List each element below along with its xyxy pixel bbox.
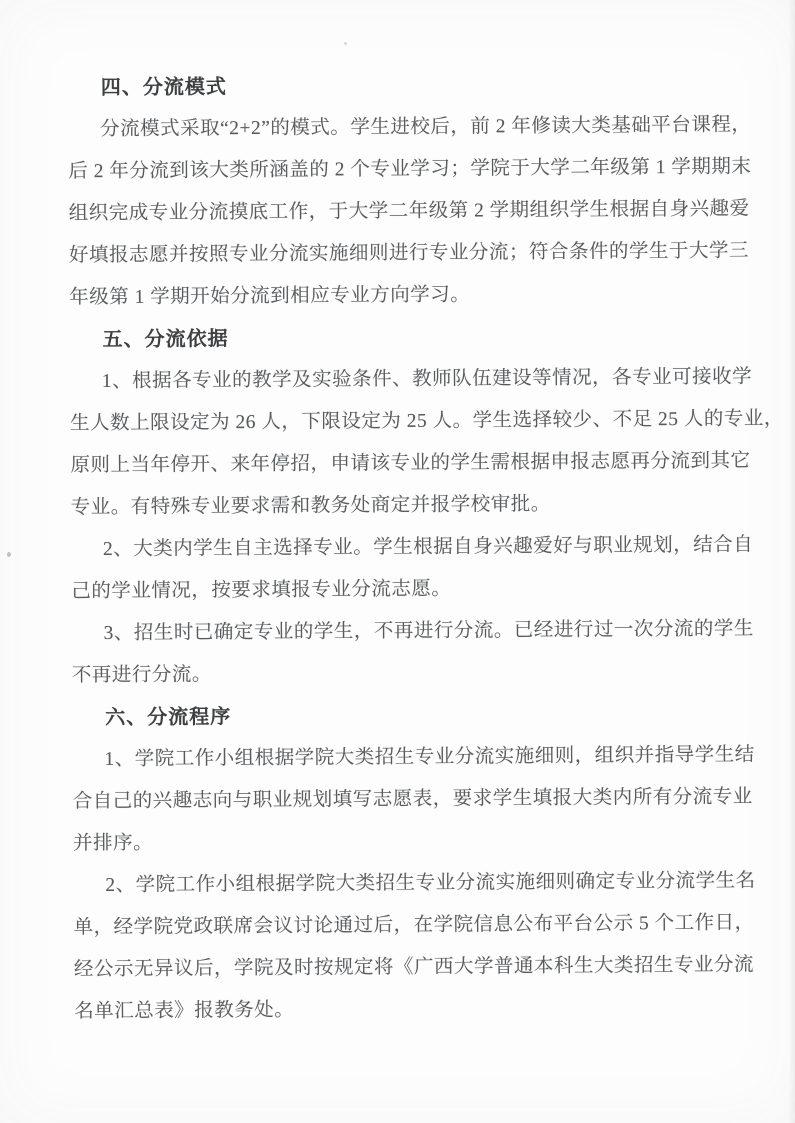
text-line: 己的学业情况，按要求填报专业分流志愿。 [71, 567, 720, 614]
text-line: 1、学院工作小组根据学院大类招生专业分流实施细则，组织并指导学生结 [72, 735, 721, 782]
heading-section-5: 五、分流依据 [69, 315, 718, 362]
text-line: 2、学院工作小组根据学院大类招生专业分流实施细则确定专业分流学生名 [73, 861, 722, 908]
text-line: 不再进行分流。 [72, 651, 721, 698]
text-line: 2、大类内学生自主选择专业。学生根据自身兴趣爱好与职业规划，结合自 [71, 525, 720, 572]
scan-speck [344, 42, 347, 45]
text-line: 专业。有特殊专业要求需和教务处商定并报学校审批。 [71, 483, 720, 530]
text-line: 名单汇总表》报教务处。 [74, 987, 723, 1034]
scan-edge-shadow [788, 0, 795, 1123]
text-line: 原则上当年停开、来年停招，申请该专业的学生需根据申报志愿再分流到其它 [70, 441, 719, 488]
text-line: 单，经学院党政联席会议讨论通过后，在学院信息公布平台公示 5 个工作日， [74, 903, 723, 950]
text-line: 生人数上限设定为 26 人，下限设定为 25 人。学生选择较少、不足 25 人的… [70, 399, 719, 446]
text-line: 组织完成专业分流摸底工作，于大学二年级第 2 学期组织学生根据自身兴趣爱 [69, 189, 718, 236]
text-line: 后 2 年分流到该大类所涵盖的 2 个专业学习；学院于大学二年级第 1 学期期末 [68, 147, 717, 194]
text-line: 年级第 1 学期开始分流到相应专业方向学习。 [69, 273, 718, 320]
text-line: 合自己的兴趣志向与职业规划填写志愿表，要求学生填报大类内所有分流专业 [73, 777, 722, 824]
heading-section-6: 六、分流程序 [72, 693, 721, 740]
heading-section-4: 四、分流模式 [68, 63, 717, 110]
text-line: 好填报志愿并按照专业分流实施细则进行专业分流；符合条件的学生于大学三 [69, 231, 718, 278]
text-line: 3、招生时已确定专业的学生，不再进行分流。已经进行过一次分流的学生 [71, 609, 720, 656]
text-line: 经公示无异议后，学院及时按规定将《广西大学普通本科生大类招生专业分流 [74, 945, 723, 992]
text-line: 并排序。 [73, 819, 722, 866]
scan-speck [7, 552, 11, 557]
document-body: 四、分流模式 分流模式采取“2+2”的模式。学生进校后，前 2 年修读大类基础平… [68, 63, 724, 1034]
text-line: 1、根据各专业的教学及实验条件、教师队伍建设等情况，各专业可接收学 [70, 357, 719, 404]
scanned-document-page: 四、分流模式 分流模式采取“2+2”的模式。学生进校后，前 2 年修读大类基础平… [0, 0, 795, 1123]
text-line: 分流模式采取“2+2”的模式。学生进校后，前 2 年修读大类基础平台课程， [68, 105, 717, 152]
